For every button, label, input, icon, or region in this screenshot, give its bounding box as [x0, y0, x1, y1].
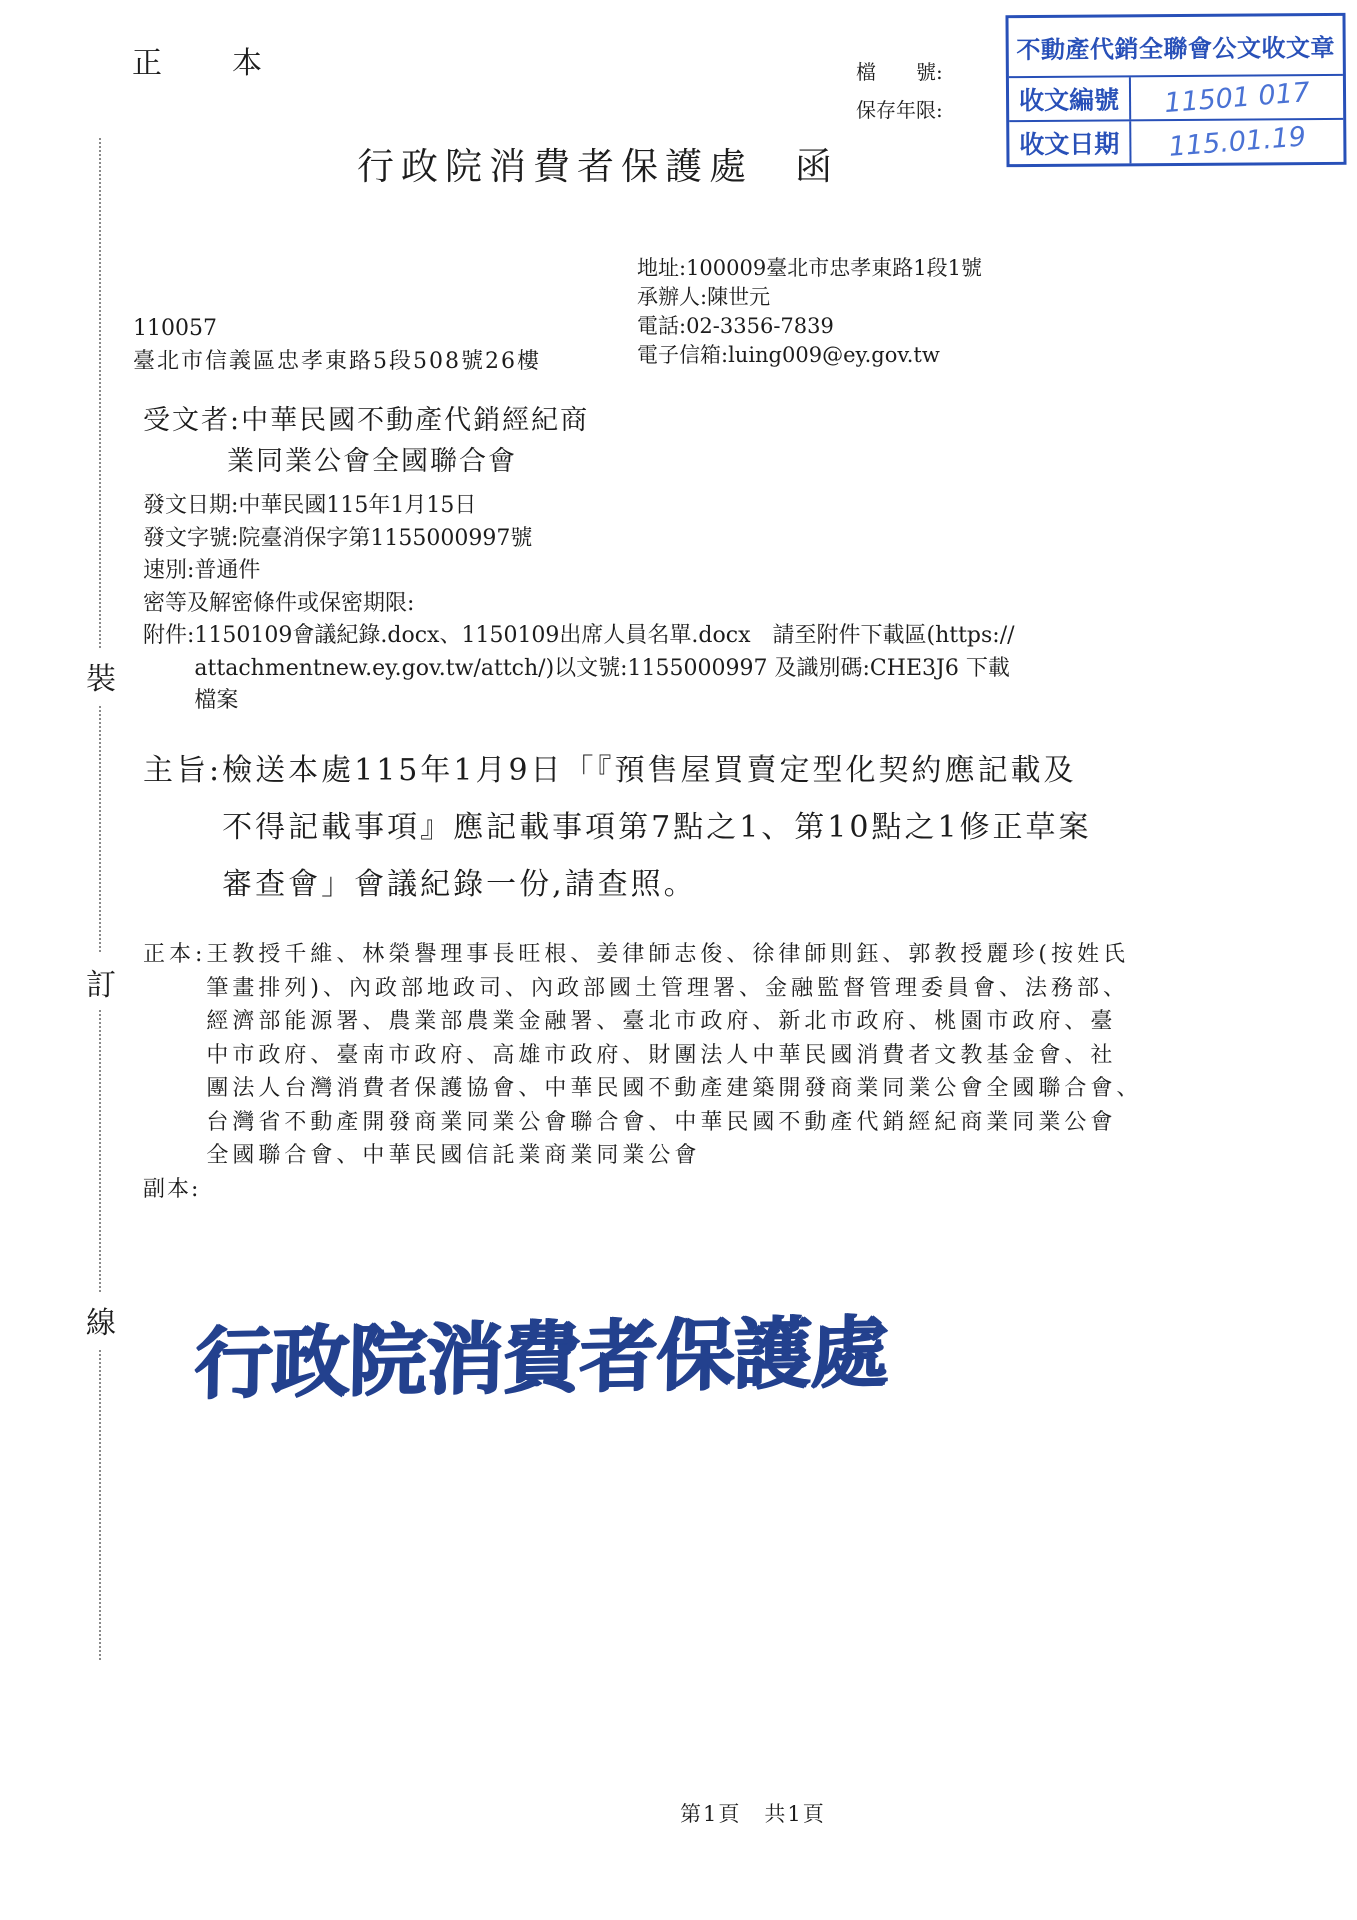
subject-field: 主旨: 檢送本處115年1月9日「『預售屋買賣定型化契約應記載及 不得記載事項』… [143, 742, 1092, 913]
copy-distribution-label: 副本: [143, 1172, 200, 1203]
receipt-date-label: 收文日期 [1009, 121, 1131, 164]
receipt-number-row: 收文編號 11501 017 [1009, 76, 1343, 120]
recipient-zip: 110057 [133, 316, 217, 341]
document-title: 行政院消費者保護處函 [357, 136, 839, 190]
recipient-street-address: 臺北市信義區忠孝東路5段508號26樓 [133, 344, 541, 375]
doc-number: 發文字號:院臺消保字第1155000997號 [143, 523, 1015, 556]
binding-mark-xian: 線 [84, 1292, 118, 1348]
distribution-line: 團法人台灣消費者保護協會、中華民國不動產建築開發商業同業公會全國聯合會、 [206, 1072, 1142, 1106]
file-number-label: 檔 號: [856, 56, 943, 85]
sender-contact-block: 地址:100009臺北市忠孝東路1段1號 承辦人:陳世元 電話:02-3356-… [637, 254, 982, 370]
recipient-name-line1: 中華民國不動產代銷經紀商 [241, 405, 589, 436]
issue-date: 發文日期:中華民國115年1月15日 [143, 490, 1015, 523]
agency-signature-stamp: 行政院消費者保護處 [193, 1290, 888, 1414]
subject-line: 不得記載事項』應記載事項第7點之1、第10點之1修正草案 [222, 799, 1091, 856]
meta-block: 發文日期:中華民國115年1月15日 發文字號:院臺消保字第1155000997… [143, 490, 1015, 718]
sender-phone: 電話:02-3356-7839 [637, 312, 982, 341]
speed-class: 速別:普通件 [143, 555, 1015, 588]
attachment-line: attachmentnew.ey.gov.tw/attch/)以文號:11550… [194, 653, 1014, 686]
attachment-label: 附件: [143, 620, 194, 718]
attachment-line: 檔案 [194, 685, 1014, 718]
distribution-line: 台灣省不動產開發商業同業公會聯合會、中華民國不動產代銷經紀商業同業公會 [206, 1106, 1142, 1140]
document-title-agency: 行政院消費者保護處 [357, 145, 753, 188]
attachment-line: 1150109會議紀錄.docx、1150109出席人員名單.docx 請至附件… [194, 620, 1014, 653]
receipt-date-row: 收文日期 115.01.19 [1009, 118, 1343, 164]
recipient-block: 受文者:中華民國不動產代銷經紀商 業同業公會全國聯合會 [143, 400, 589, 482]
distribution-line: 王教授千維、林榮譽理事長旺根、姜律師志俊、徐律師則鈺、郭教授麗珍(按姓氏 [206, 938, 1142, 972]
subject-label: 主旨: [143, 742, 222, 913]
binding-dotted-line [99, 138, 101, 1660]
recipient-label: 受文者: [143, 405, 241, 436]
recipient-name-line2: 業同業公會全國聯合會 [227, 441, 589, 482]
page-number-footer: 第1頁 共1頁 [680, 1798, 826, 1828]
sender-email: 電子信箱:luing009@ey.gov.tw [637, 341, 982, 370]
recipient-line1: 受文者:中華民國不動產代銷經紀商 [143, 400, 589, 441]
binding-mark-zhuang: 裝 [84, 648, 118, 704]
attachment-content: 1150109會議紀錄.docx、1150109出席人員名單.docx 請至附件… [194, 620, 1014, 718]
distribution-line: 全國聯合會、中華民國信託業商業同業公會 [206, 1139, 1142, 1173]
attachment-field: 附件: 1150109會議紀錄.docx、1150109出席人員名單.docx … [143, 620, 1015, 718]
document-page: 正 本 檔 號: 保存年限: 行政院消費者保護處函 不動產代銷全聯會公文收文章 … [0, 0, 1357, 1920]
original-distribution-label: 正本: [143, 938, 206, 1173]
receipt-number-label: 收文編號 [1009, 77, 1131, 120]
binding-mark-ding: 訂 [84, 954, 118, 1010]
subject-content: 檢送本處115年1月9日「『預售屋買賣定型化契約應記載及 不得記載事項』應記載事… [222, 742, 1091, 913]
retention-period-label: 保存年限: [856, 94, 943, 123]
subject-line: 檢送本處115年1月9日「『預售屋買賣定型化契約應記載及 [222, 742, 1091, 799]
security-class: 密等及解密條件或保密期限: [143, 588, 1015, 621]
distribution-line: 經濟部能源署、農業部農業金融署、臺北市政府、新北市政府、桃園市政府、臺 [206, 1005, 1142, 1039]
subject-line: 審查會」會議紀錄一份,請查照。 [222, 856, 1091, 913]
sender-contact-person: 承辦人:陳世元 [637, 283, 982, 312]
distribution-line: 筆畫排列)、內政部地政司、內政部國土管理署、金融監督管理委員會、法務部、 [206, 972, 1142, 1006]
sender-address: 地址:100009臺北市忠孝東路1段1號 [637, 254, 982, 283]
copy-type-label: 正 本 [132, 38, 282, 82]
receipt-stamp-box: 不動產代銷全聯會公文收文章 收文編號 11501 017 收文日期 115.01… [1005, 13, 1346, 167]
original-distribution-content: 王教授千維、林榮譽理事長旺根、姜律師志俊、徐律師則鈺、郭教授麗珍(按姓氏 筆畫排… [206, 938, 1142, 1173]
distribution-line: 中市政府、臺南市政府、高雄市政府、財團法人中華民國消費者文教基金會、社 [206, 1039, 1142, 1073]
document-title-type: 函 [795, 145, 839, 188]
receipt-stamp-title: 不動產代銷全聯會公文收文章 [1008, 16, 1342, 78]
original-distribution-field: 正本: 王教授千維、林榮譽理事長旺根、姜律師志俊、徐律師則鈺、郭教授麗珍(按姓氏… [143, 938, 1142, 1173]
